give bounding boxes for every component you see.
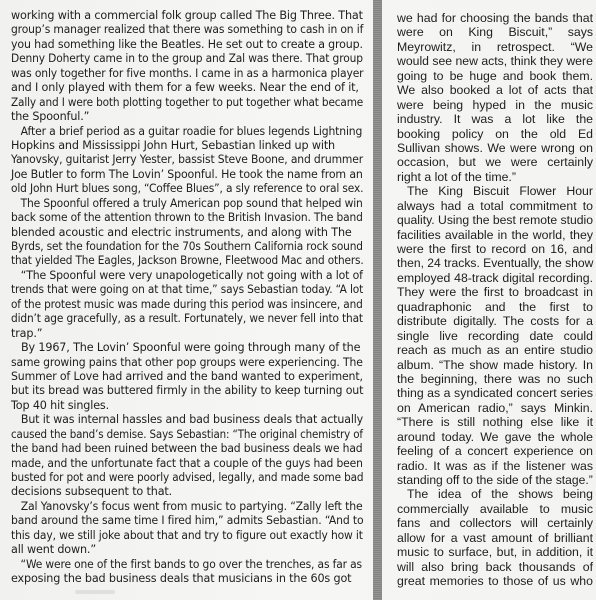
text-line: Joe Butler to form The Lovin’ Spoonful. …: [11, 168, 357, 182]
text-line: trap.”: [11, 327, 363, 341]
text-line: They were the first to broadcast in: [397, 285, 593, 299]
text-line: great memories to those of us who: [397, 574, 593, 588]
text-line: of the protest music was made during thi…: [11, 298, 342, 312]
text-line: were on King Biscuit,” says: [397, 25, 593, 39]
text-line: caused the band’s demise. Says Sebastian…: [11, 428, 335, 442]
text-line: you had something like the Beatles. He s…: [11, 38, 358, 52]
text-line: Denny Doherty came in to the group and Z…: [11, 52, 347, 66]
text-line: music to surface, but, in addition, it: [397, 545, 593, 559]
text-line: radio. It was as if the listener was: [397, 459, 593, 473]
text-line: we had for choosing the bands that: [397, 11, 593, 25]
text-line: Top 40 hit singles.: [11, 399, 363, 413]
text-line: standing off to the side of the stage.”: [397, 473, 593, 487]
text-line: that yielded The Eagles, Jackson Browne,…: [11, 254, 342, 268]
text-line: Zally and I were both plotting together …: [11, 96, 342, 110]
text-line: occasion, but we were certainly: [397, 155, 593, 169]
text-line: quadraphonic and the first to: [397, 300, 593, 314]
text-line: all went down.”: [11, 543, 363, 557]
text-line: After a brief period as a guitar roadie …: [11, 125, 351, 139]
text-line: back some of the attention thrown to the…: [11, 211, 346, 225]
text-line: booking policy on the old Ed: [397, 127, 593, 141]
text-line: distribute digitally. The costs for a: [397, 314, 593, 328]
text-line: Hopkins and Mississippi John Hurt, Sebas…: [11, 139, 363, 153]
text-line: trends that were going on at that time,”…: [11, 283, 344, 297]
text-line: right a lot of the time.”: [397, 170, 593, 184]
text-line: decisions subsequent to that.: [11, 485, 363, 499]
text-line: By 1967, The Lovin’ Spoonful were going …: [11, 341, 363, 355]
text-line: industry. It was a lot like the: [397, 112, 593, 126]
text-line: Byrds, set the foundation for the 70s So…: [11, 240, 344, 254]
text-line: reach as much as an entire studio: [397, 343, 593, 357]
text-line: “We were one of the first bands to go ov…: [11, 558, 347, 572]
text-line: The idea of the shows being: [397, 487, 593, 501]
text-line: album. “The show made history. In: [397, 358, 593, 372]
text-line: But it was internal hassles and bad busi…: [11, 413, 359, 427]
text-line: commercially available to music: [397, 502, 593, 516]
text-line: employed 48-track digital recording.: [397, 271, 593, 285]
text-line: “The Spoonful were very unapologetically…: [11, 269, 354, 283]
text-line: old John Hurt blues song, “Coffee Blues”…: [11, 182, 345, 196]
text-line: Yanovsky, guitarist Jerry Yester, bassis…: [11, 153, 350, 167]
text-line: but its bread was buttered firmly in the…: [11, 384, 357, 398]
text-line: quality. Using the best remote studio: [397, 213, 593, 227]
text-line: “There is still nothing else like it: [397, 415, 593, 429]
text-line: feeling of a concert experience on: [397, 444, 593, 458]
text-line: and I only played with them for a few we…: [11, 81, 363, 95]
text-line: allow for a vast amount of brilliant: [397, 531, 593, 545]
text-line: would see new acts, think they were: [397, 54, 593, 68]
left-text-column: working with a commercial folk group cal…: [11, 9, 363, 587]
text-line: was only together for five months. I cam…: [11, 67, 350, 81]
text-line: on American radio,” says Minkin.: [397, 401, 593, 415]
text-line: Zal Yanovsky’s focus went from music to …: [11, 500, 353, 514]
text-line: band around the same time I fired him,” …: [11, 514, 351, 528]
text-line: will also bring back thousands of: [397, 560, 593, 574]
document-page: working with a commercial folk group cal…: [0, 0, 596, 600]
text-line: Summer of Love had arrived and the band …: [11, 370, 355, 384]
text-line: blended acoustic and electric instrument…: [11, 226, 363, 240]
text-line: fans and collectors will certainly: [397, 516, 593, 530]
text-line: The King Biscuit Flower Hour: [397, 184, 593, 198]
text-line: group’s manager realized that there was …: [11, 23, 349, 37]
scan-smudge: [75, 590, 115, 594]
text-line: were being hyped in the music: [397, 98, 593, 112]
text-line: the band had been ruined between the bad…: [11, 442, 350, 456]
text-line: always had a total commitment to: [397, 199, 593, 213]
text-line: going to be huge and book them.: [397, 69, 593, 83]
column-divider-bar: [373, 0, 382, 600]
text-line: Meyrowitz, in retrospect. “We: [397, 40, 593, 54]
text-line: the Spoonful.”: [11, 110, 363, 124]
text-line: this day, we still joke about that and t…: [11, 529, 349, 543]
text-line: exposing the bad business deals that mus…: [11, 572, 363, 586]
text-line: The Spoonful offered a truly American po…: [11, 197, 348, 211]
text-line: Sullivan shows. We were wrong on: [397, 141, 593, 155]
text-line: We also booked a lot of acts that: [397, 83, 593, 97]
text-line: same growing pains that other pop groups…: [11, 356, 351, 370]
text-line: around today. We gave the whole: [397, 430, 593, 444]
text-line: thing as a syndicated concert series: [397, 386, 593, 400]
text-line: single live recording date could: [397, 329, 593, 343]
right-text-column: we had for choosing the bands thatwere o…: [397, 11, 593, 589]
text-line: facilities available in the world, they: [397, 228, 593, 242]
text-line: were the first to record on 16, and: [397, 242, 593, 256]
text-line: made, and the unfortunate fact that a co…: [11, 457, 349, 471]
text-line: then, 24 tracks. Eventually, the show: [397, 256, 593, 270]
text-line: didn’t age gracefully, as a result. Fort…: [11, 312, 344, 326]
text-line: busted for pot and were poorly advised, …: [11, 471, 340, 485]
text-line: the beginning, there was no such: [397, 372, 593, 386]
text-line: working with a commercial folk group cal…: [11, 9, 363, 23]
